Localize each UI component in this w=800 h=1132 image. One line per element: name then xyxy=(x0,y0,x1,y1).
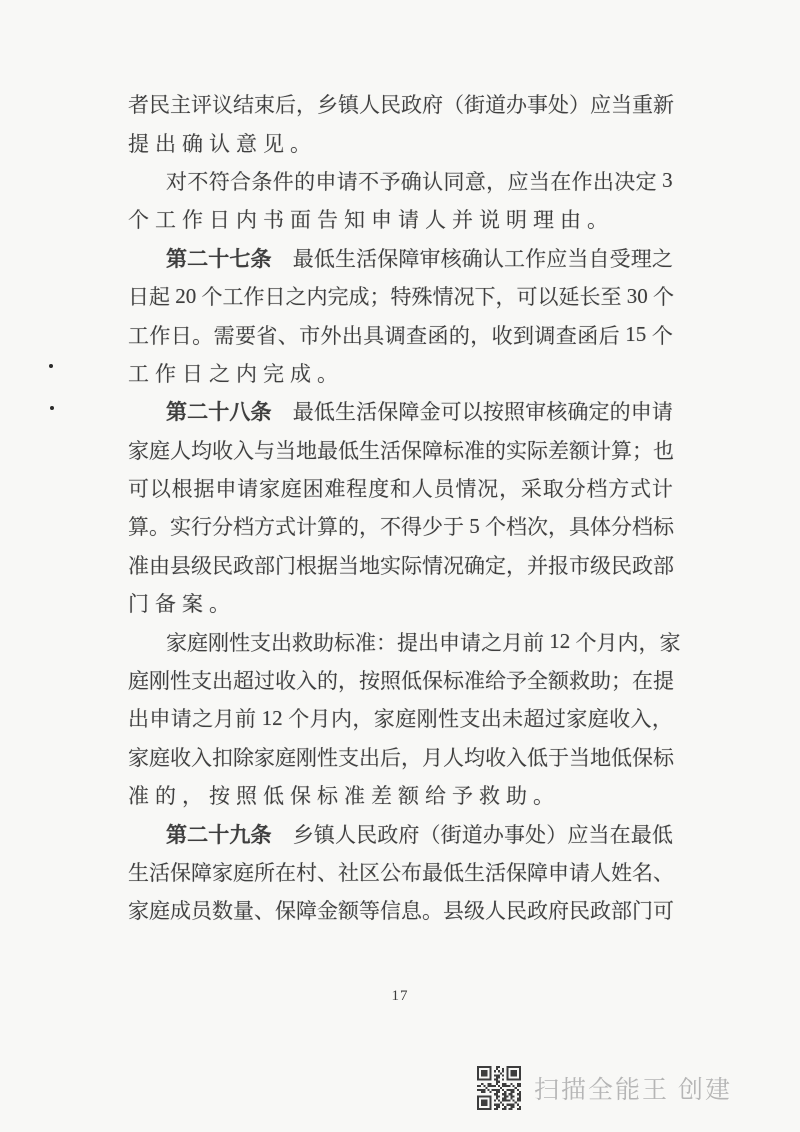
text-line: 家庭刚性支出救助标准：提出申请之月前 12 个月内，家 xyxy=(128,622,673,660)
text-line: 对不符合条件的申请不予确认同意，应当在作出决定 3 xyxy=(128,162,673,200)
scan-dot xyxy=(49,364,53,368)
text-line: 个工作日内书面告知申请人并说明理由。 xyxy=(128,200,673,238)
text-line: 出申请之月前 12 个月内，家庭刚性支出未超过家庭收入， xyxy=(128,699,673,737)
text-line: 算。实行分档方式计算的，不得少于 5 个档次，具体分档标 xyxy=(128,507,673,545)
watermark: 扫描全能王 创建 xyxy=(477,1066,732,1110)
page-number: 17 xyxy=(0,988,800,1005)
text-line: 家庭人均收入与当地最低生活保障标准的实际差额计算；也 xyxy=(128,431,673,469)
text-line: 准的，按照低保标准差额给予救助。 xyxy=(128,776,673,814)
text-line: 工作日。需要省、市外出具调查函的，收到调查函后 15 个 xyxy=(128,315,673,353)
scan-dot xyxy=(50,406,54,410)
text-line: 者民主评议结束后，乡镇人民政府（街道办事处）应当重新 xyxy=(128,85,673,123)
text-line: 庭刚性支出超过收入的，按照低保标准给予全额救助；在提 xyxy=(128,661,673,699)
watermark-label: 扫描全能王 创建 xyxy=(534,1070,732,1106)
document-body: 者民主评议结束后，乡镇人民政府（街道办事处）应当重新提出确认意见。对不符合条件的… xyxy=(128,85,673,930)
text-line: 家庭收入扣除家庭刚性支出后，月人均收入低于当地低保标 xyxy=(128,738,673,776)
text-line: 准由县级民政部门根据当地实际情况确定，并报市级民政部 xyxy=(128,546,673,584)
text-line: 可以根据申请家庭困难程度和人员情况，采取分档方式计 xyxy=(128,469,673,507)
text-line: 门备案。 xyxy=(128,584,673,622)
text-line: 工作日之内完成。 xyxy=(128,354,673,392)
text-line: 第二十九条 乡镇人民政府（街道办事处）应当在最低 xyxy=(128,814,673,852)
text-line: 第二十七条 最低生活保障审核确认工作应当自受理之 xyxy=(128,239,673,277)
text-line: 提出确认意见。 xyxy=(128,123,673,161)
text-line: 第二十八条 最低生活保障金可以按照审核确定的申请 xyxy=(128,392,673,430)
qr-code-icon xyxy=(477,1066,521,1110)
text-line: 生活保障家庭所在村、社区公布最低生活保障申请人姓名、 xyxy=(128,853,673,891)
text-line: 日起 20 个工作日之内完成；特殊情况下，可以延长至 30 个 xyxy=(128,277,673,315)
text-line: 家庭成员数量、保障金额等信息。县级人民政府民政部门可 xyxy=(128,891,673,929)
